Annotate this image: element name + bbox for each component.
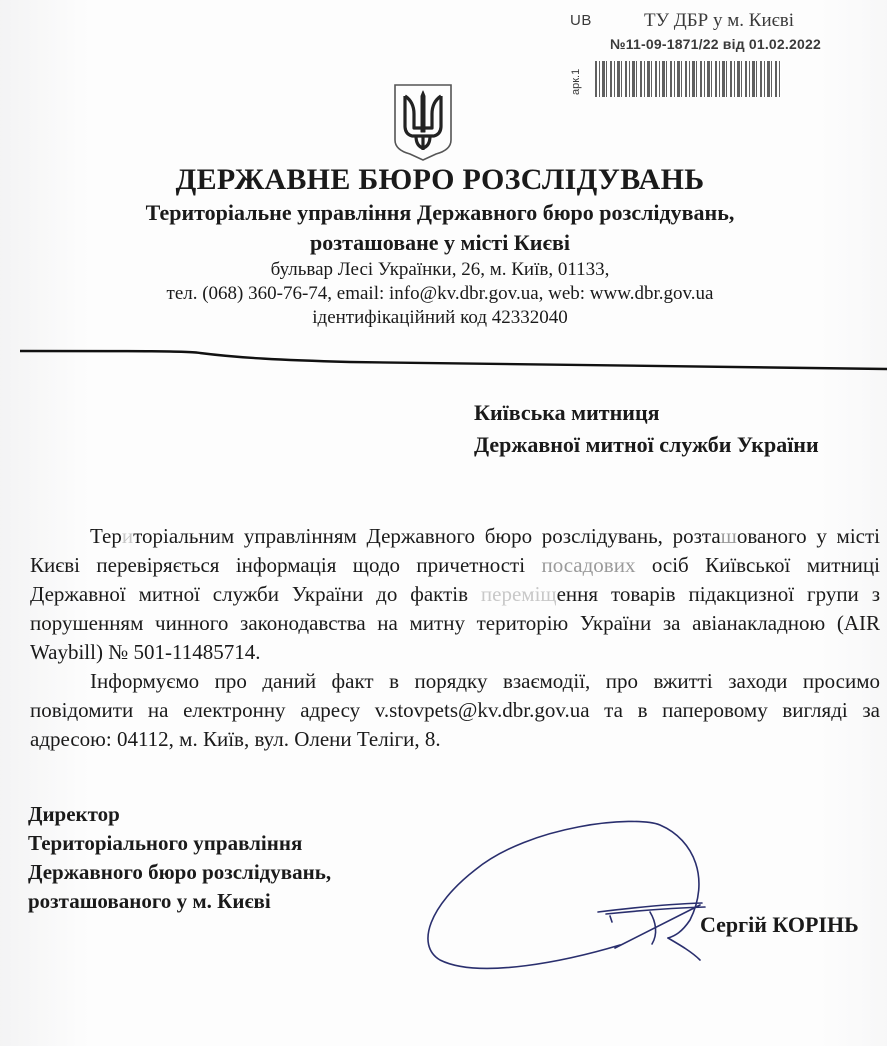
barcode-icon bbox=[595, 61, 781, 97]
letterhead: ДЕРЖАВНЕ БЮРО РОЗСЛІДУВАНЬ Територіальне… bbox=[60, 162, 820, 330]
registration-office: ТУ ДБР у м. Києві bbox=[644, 10, 794, 32]
signatory-title-line4: розташованого у м. Києві bbox=[28, 887, 331, 916]
org-id-code: ідентифікаційний код 42332040 bbox=[60, 306, 820, 330]
coat-of-arms-icon bbox=[392, 82, 454, 162]
header-divider bbox=[20, 345, 887, 375]
letter-body: Територіальним управлінням Державного бю… bbox=[30, 522, 880, 754]
registration-code: UB bbox=[570, 12, 592, 29]
org-subtitle-line1: Територіальне управління Державного бюро… bbox=[60, 198, 820, 228]
handwritten-signature-icon bbox=[420, 810, 740, 980]
registration-number: №11-09-1871/22 від 01.02.2022 bbox=[610, 36, 821, 52]
text-fragment: Тер bbox=[90, 524, 122, 548]
signatory-title-line1: Директор bbox=[28, 800, 331, 829]
org-subtitle-line2: розташоване у місті Києві bbox=[60, 228, 820, 258]
sheet-label: арк.1 bbox=[570, 62, 582, 102]
text-fragment-faded: посадових bbox=[541, 553, 635, 577]
org-title: ДЕРЖАВНЕ БЮРО РОЗСЛІДУВАНЬ bbox=[60, 162, 820, 198]
text-fragment: торіальним управлінням Державного бюро р… bbox=[133, 524, 721, 548]
signatory-block: Директор Територіального управління Держ… bbox=[28, 800, 331, 916]
org-address: бульвар Лесі Українки, 26, м. Київ, 0113… bbox=[60, 258, 820, 282]
signatory-title-line3: Державного бюро розслідувань, bbox=[28, 858, 331, 887]
org-contacts: тел. (068) 360-76-74, email: info@kv.dbr… bbox=[60, 282, 820, 306]
signatory-title-line2: Територіального управління bbox=[28, 829, 331, 858]
recipient-block: Київська митниця Державної митної служби… bbox=[474, 397, 819, 461]
body-paragraph-1: Територіальним управлінням Державного бю… bbox=[30, 522, 880, 667]
text-fragment-faded: переміщ bbox=[481, 582, 557, 606]
signer-name: Сергій КОРІНЬ bbox=[700, 912, 859, 938]
registration-stamp: UB ТУ ДБР у м. Києві №11-09-1871/22 від … bbox=[562, 6, 882, 106]
recipient-line2: Державної митної служби України bbox=[474, 429, 819, 461]
text-fragment-faded: и bbox=[122, 524, 133, 548]
body-paragraph-2: Інформуємо про даний факт в порядку взає… bbox=[30, 667, 880, 754]
text-fragment-faded: ш bbox=[721, 524, 737, 548]
recipient-line1: Київська митниця bbox=[474, 397, 819, 429]
